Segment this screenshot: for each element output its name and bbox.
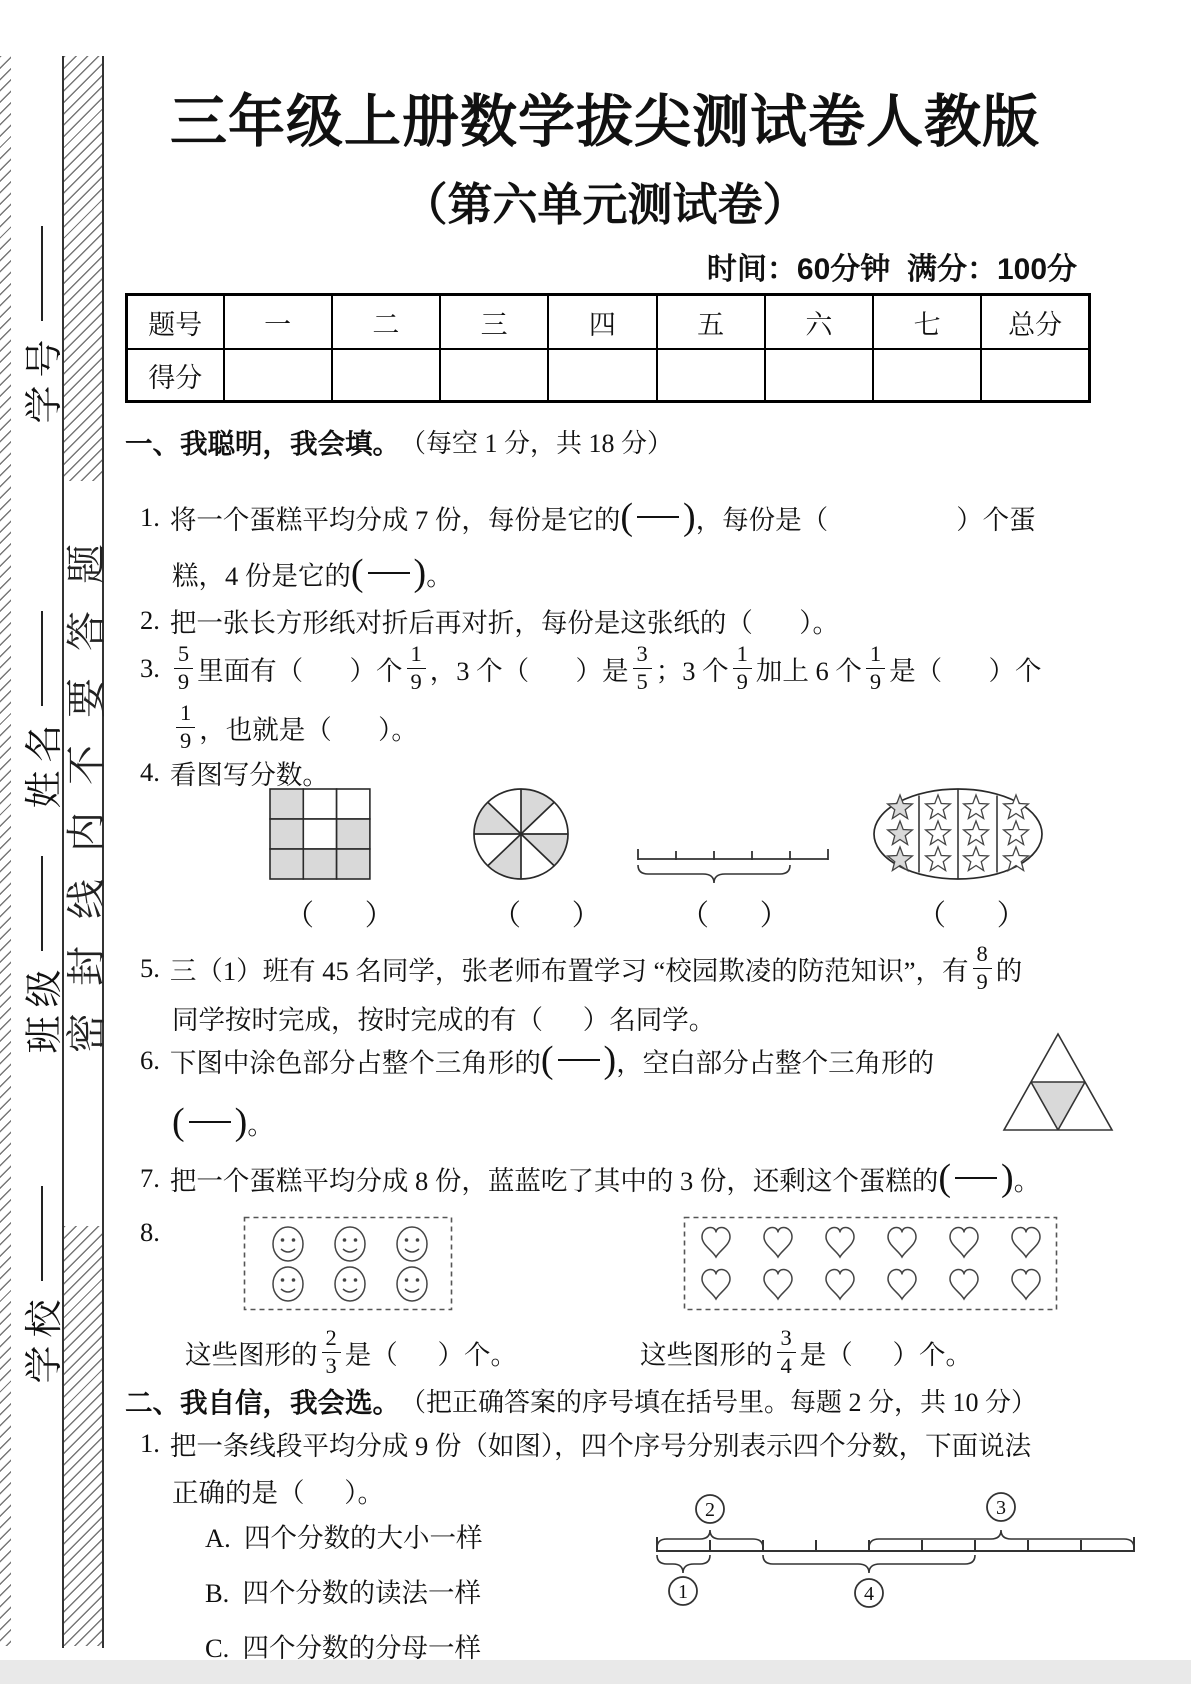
circle-figure [472,787,570,881]
score-table: 题号 一 二 三 四 五 六 七 总分 得分 [125,293,1091,403]
score-cell [548,349,656,402]
section-2-heading: 二、我自信，我会选。（把正确答案的序号填在括号里。每题 2 分，共 10 分） [125,1380,1037,1420]
option-a: A. 四个分数的大小一样 [205,1515,483,1555]
question-text: 是（ ）个。 [345,1333,517,1372]
question-number: 8. [140,1217,160,1248]
question-text: 把一个蛋糕平均分成 8 份，蓝蓝吃了其中的 3 份，还剩这个蛋糕的 [170,1159,939,1198]
fill-in-line [37,227,43,322]
brace-3 [869,1530,1134,1548]
question-3-line-2: 19 ，也就是（ ）。 [172,707,418,747]
question-text: 下图中涂色部分占整个三角形的 [170,1041,541,1080]
time-score-info: 时间：60分钟 满分：100分 [115,244,1077,288]
segment-figure [634,843,834,893]
question-1-line-2: 糕，4 份是它的 () 。 [172,553,453,593]
question-text: ；3 个 [656,649,729,688]
field-name: 姓名 [14,605,66,815]
field-label: 学号 [13,332,68,424]
hearts-figure [683,1216,1058,1311]
section-note: （把正确答案的序号填在括号里。每题 2 分，共 10 分） [400,1382,1037,1419]
score-cell [657,349,765,402]
triangle-figure [1002,1032,1114,1132]
answer-bracket: （ ） [680,893,789,934]
table-row: 得分 [127,349,1090,402]
fill-in-line [37,612,43,707]
number-line-figure: 2 3 1 4 [650,1493,1150,1611]
score-cell [873,349,981,402]
header-cell: 题号 [127,295,224,350]
question-text: 是（ ）个。 [800,1333,972,1372]
section-title: 二、我自信，我会选。 [125,1380,400,1420]
question-text: 这些图形的 [185,1333,318,1372]
field-class: 班级 [14,850,66,1060]
question-text: 这些图形的 [640,1333,773,1372]
question-text: ，空白部分占整个三角形的 [616,1041,934,1080]
question-text: 。 [426,554,453,593]
score-cell [224,349,332,402]
field-label: 学校 [13,1292,68,1384]
question-text: 是（ ）个 [889,649,1041,688]
question-number: 6. [140,1045,160,1076]
header-cell: 七 [873,295,981,350]
option-c: C. 四个分数的分母一样 [205,1625,481,1665]
score-cell [440,349,548,402]
header-cell: 五 [657,295,765,350]
section-title: 一、我聪明，我会填。 [125,421,400,461]
fraction: 59 [174,643,193,693]
question-text: 同学按时完成，按时完成的有（ ）名同学。 [172,998,715,1037]
option-b: B. 四个分数的读法一样 [205,1570,481,1610]
question-text: 的 [996,949,1023,988]
table-row: 题号 一 二 三 四 五 六 七 总分 [127,295,1090,350]
question-text: 正确的是（ ）。 [172,1471,384,1510]
question-3-line-1: 3. 59 里面有（ ）个 19 ，3 个（ ）是 35 ；3 个 19 加上 … [140,648,1042,688]
question-text: 将一个蛋糕平均分成 7 份，每份是它的 [170,498,621,537]
fraction: 19 [176,702,195,752]
question-8-caption-1: 这些图形的 23 是（ ）个。 [185,1332,517,1372]
question-text: 三（1）班有 45 名同学，张老师布置学习 “校园欺凌的防范知识”，有 [170,949,969,988]
label-3: 3 [996,1497,1006,1519]
question-8-number: 8. [140,1212,170,1252]
fraction-blank: () [541,1041,616,1079]
score-cell [981,349,1089,402]
question-8-caption-2: 这些图形的 34 是（ ）个。 [640,1332,972,1372]
answer-bracket: （ ） [285,893,394,934]
fraction: 34 [777,1327,796,1377]
question-text: 把一张长方形纸对折后再对折，每份是这张纸的（ ）。 [170,601,839,640]
brace-1 [657,1555,710,1573]
question-text: 加上 6 个 [756,649,862,688]
label-1: 1 [678,1581,688,1603]
question-text: 看图写分数。 [170,753,329,792]
question-1-line-1: 1. 将一个蛋糕平均分成 7 份，每份是它的 () ，每份是（ ）个蛋 [140,497,1036,537]
smileys-figure [243,1216,453,1311]
score-cell [765,349,873,402]
answer-bracket: （ ） [917,893,1026,934]
section-1-heading: 一、我聪明，我会填。（每空 1 分，共 18 分） [125,421,673,461]
fraction: 89 [973,943,992,993]
s2-question-1-line-2: 正确的是（ ）。 [172,1470,384,1510]
question-text: 里面有（ ）个 [197,649,402,688]
question-number: 7. [140,1163,160,1194]
field-school: 学校 [14,1180,66,1390]
question-number: 4. [140,757,160,788]
header-cell: 六 [765,295,873,350]
page-edge-hatch [0,56,11,1646]
header-cell: 总分 [981,295,1089,350]
fraction: 23 [322,1327,341,1377]
question-text: 糕，4 份是它的 [172,554,351,593]
score-label-cell: 得分 [127,349,224,402]
brace-under-segment [638,865,790,883]
question-number: 1. [140,502,160,533]
fraction: 19 [733,643,752,693]
question-text: 把一条线段平均分成 9 份（如图），四个序号分别表示四个分数，下面说法 [170,1424,1031,1463]
fraction-blank: () [620,498,695,536]
header-cell: 三 [440,295,548,350]
question-number: 2. [140,605,160,636]
label-2: 2 [705,1499,715,1521]
label-4: 4 [864,1583,874,1605]
fill-in-line [37,857,43,952]
header-cell: 四 [548,295,656,350]
question-5-line-2: 同学按时完成，按时完成的有（ ）名同学。 [172,997,715,1037]
question-number: 1. [140,1428,160,1459]
question-text: ）个蛋 [956,498,1036,537]
seal-hatch-top [64,56,102,481]
header-cell: 二 [332,295,440,350]
page-title: 三年级上册数学拔尖测试卷人教版 [115,76,1095,158]
question-4-heading: 4. 看图写分数。 [140,752,329,792]
score-cell [332,349,440,402]
question-text: 。 [1014,1159,1041,1198]
question-number: 5. [140,953,160,984]
oval-stars-figure [872,787,1044,881]
fraction-blank: () [172,1103,247,1141]
question-text: ，3 个（ ）是 [430,649,629,688]
question-text: ，每份是（ [696,498,829,537]
question-2: 2. 把一张长方形纸对折后再对折，每份是这张纸的（ ）。 [140,600,839,640]
fraction: 19 [407,643,426,693]
question-6-line-1: 6. 下图中涂色部分占整个三角形的 () ，空白部分占整个三角形的 [140,1040,934,1080]
question-text: 。 [247,1103,274,1142]
question-6-line-2: () 。 [172,1102,274,1142]
question-number: 3. [140,653,160,684]
grid-figure [268,787,372,881]
question-7: 7. 把一个蛋糕平均分成 8 份，蓝蓝吃了其中的 3 份，还剩这个蛋糕的 () … [140,1158,1040,1198]
question-5-line-1: 5. 三（1）班有 45 名同学，张老师布置学习 “校园欺凌的防范知识”，有 8… [140,948,1022,988]
fraction: 19 [866,643,885,693]
field-student-number: 学号 [14,220,66,430]
brace-4 [763,1555,975,1573]
seal-hatch-bottom [64,1226,102,1646]
fill-in-line [37,1187,43,1282]
page-bottom-edge [0,1660,1191,1684]
page-subtitle: （第六单元测试卷） [115,168,1095,233]
answer-gap [828,517,956,518]
s2-question-1-line-1: 1. 把一条线段平均分成 9 份（如图），四个序号分别表示四个分数，下面说法 [140,1423,1031,1463]
fraction-blank: () [938,1159,1013,1197]
header-cell: 一 [224,295,332,350]
answer-bracket: （ ） [492,893,601,934]
fraction: 35 [633,643,652,693]
field-label: 姓名 [13,717,68,809]
fraction-blank: () [351,554,426,592]
section-note: （每空 1 分，共 18 分） [400,423,673,460]
question-text: ，也就是（ ）。 [199,708,418,747]
field-label: 班级 [13,962,68,1054]
